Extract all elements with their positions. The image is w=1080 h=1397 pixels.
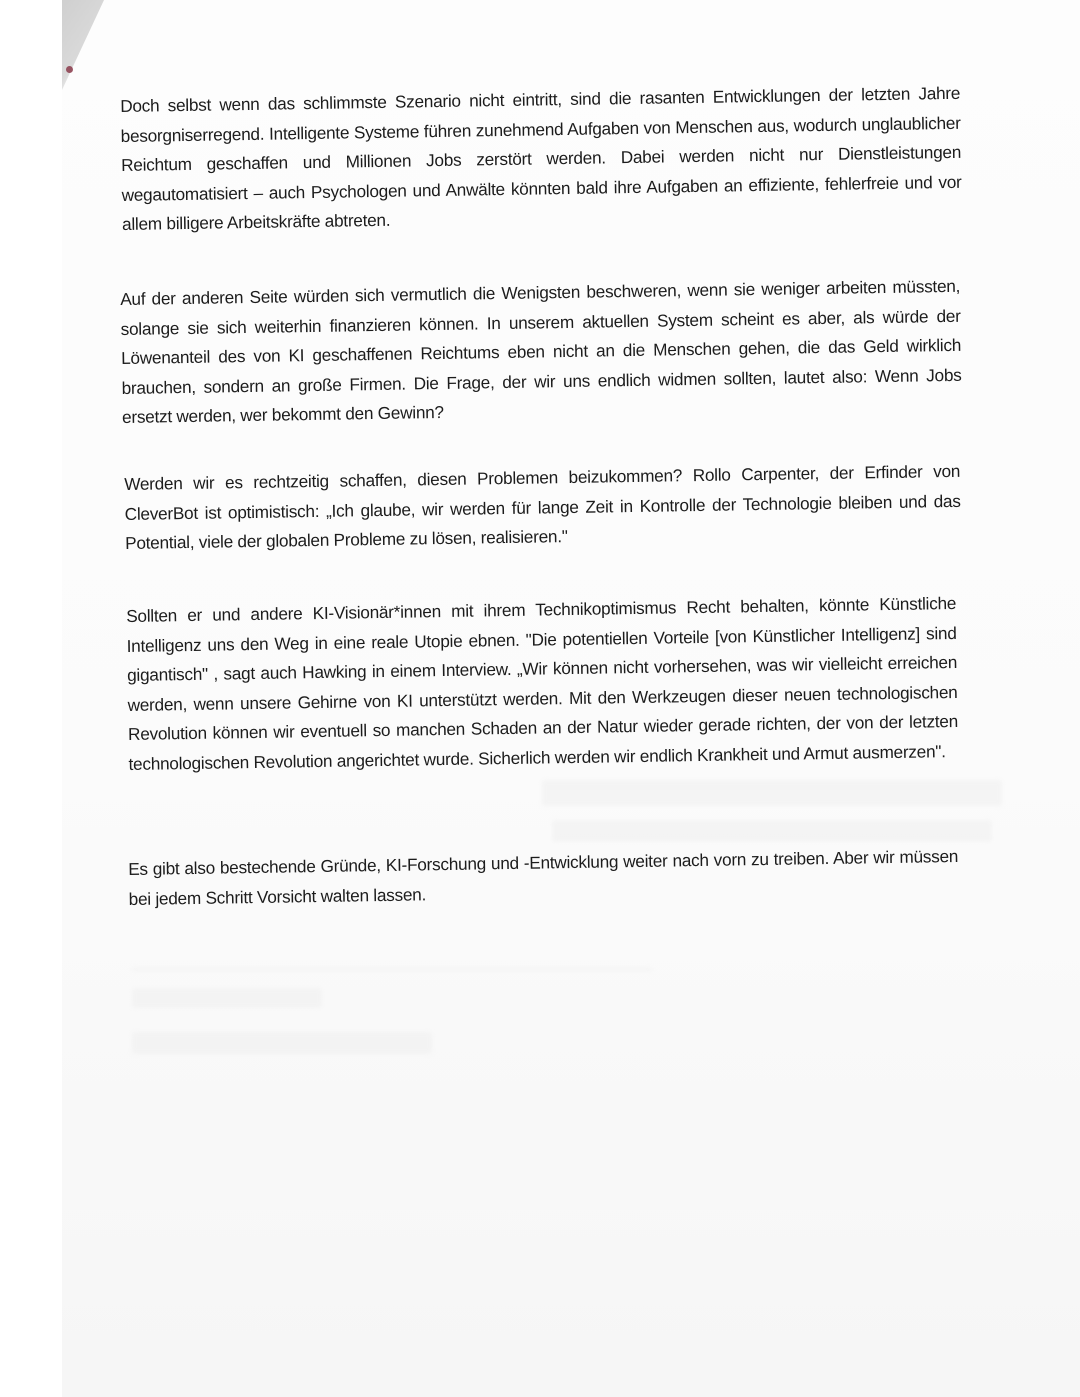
paragraph-text: Werden wir es rechtzeitig schaffen, dies…	[124, 457, 961, 559]
paragraph-text: Auf der anderen Seite würden sich vermut…	[120, 272, 962, 433]
paragraph-hawking-quote: Sollten er und andere KI-Visionär*innen …	[126, 589, 959, 779]
scan-margin	[0, 0, 62, 1397]
paragraph-wealth-distribution: Auf der anderen Seite würden sich vermut…	[120, 272, 962, 433]
staple-mark	[66, 66, 73, 73]
show-through-mark	[132, 988, 322, 1008]
show-through-mark	[132, 968, 652, 971]
paragraph-text: Doch selbst wenn das schlimmste Szenario…	[120, 79, 962, 240]
paragraph-text: Sollten er und andere KI-Visionär*innen …	[126, 589, 959, 779]
show-through-mark	[542, 780, 1002, 806]
paragraph-carpenter-quote: Werden wir es rechtzeitig schaffen, dies…	[124, 457, 961, 559]
show-through-mark	[552, 820, 992, 842]
show-through-mark	[132, 1032, 432, 1054]
paragraph-job-automation: Doch selbst wenn das schlimmste Szenario…	[120, 79, 962, 240]
